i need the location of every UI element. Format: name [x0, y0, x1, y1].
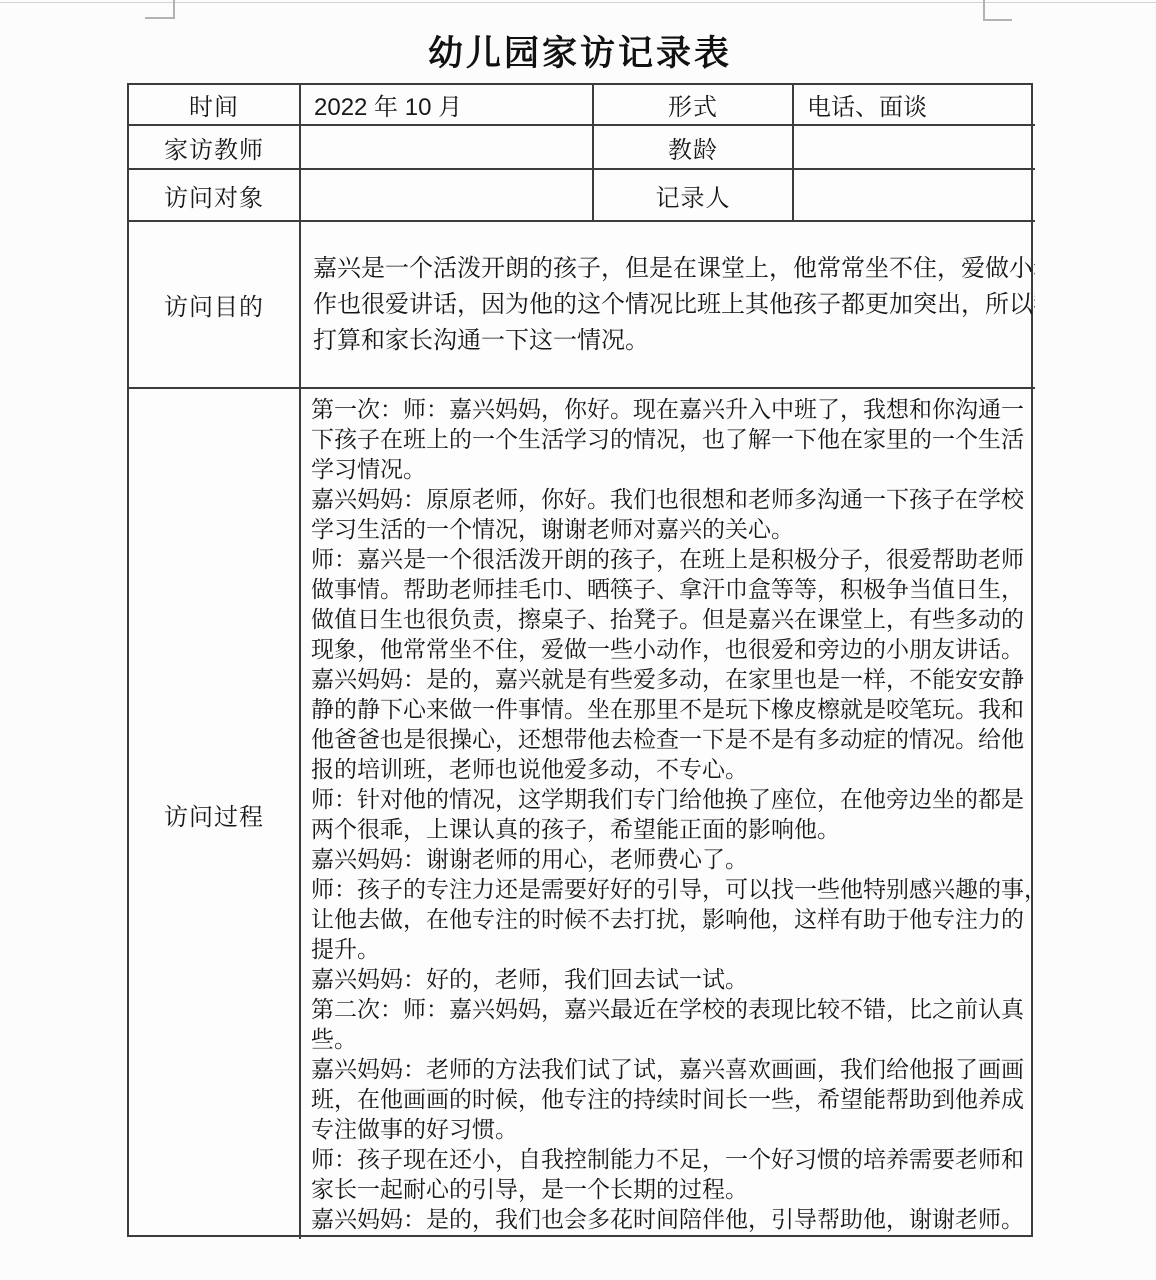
- text-line: 提升。: [311, 934, 1035, 964]
- field-label-recorder: 记录人: [594, 170, 794, 222]
- visit-purpose-text: 嘉兴是一个活泼开朗的孩子，但是在课堂上，他常常坐不住，爱做小动作也很爱讲话，因为…: [301, 222, 1035, 389]
- home-visit-record-table: 时间 2022 年 10 月 形式 电话、面谈 家访教师 教龄 访问对象 记录人…: [127, 83, 1033, 1237]
- text-boundary-corner-right-icon: [983, 0, 1012, 21]
- page-title: 幼儿园家访记录表: [127, 26, 1033, 76]
- text-line: 嘉兴是一个活泼开朗的孩子，但是在课堂上，他常常坐不住，爱做小动: [313, 251, 1029, 287]
- text-line: 作也很爱讲话，因为他的这个情况比班上其他孩子都更加突出，所以我: [313, 287, 1029, 323]
- text-line: 现象，他常常坐不住，爱做一些小动作，也很爱和旁边的小朋友讲话。: [311, 634, 1035, 664]
- field-label-visit-process: 访问过程: [129, 389, 301, 1239]
- text-line: 报的培训班，老师也说他爱多动，不专心。: [311, 754, 1035, 784]
- field-value-time: 2022 年 10 月: [301, 85, 594, 126]
- field-value-teaching-age: [794, 126, 1035, 170]
- text-line: 师：孩子的专注力还是需要好好的引导，可以找一些他特别感兴趣的事，: [311, 874, 1035, 904]
- text-line: 第二次：师：嘉兴妈妈，嘉兴最近在学校的表现比较不错，比之前认真: [311, 994, 1035, 1024]
- field-label-time: 时间: [129, 85, 301, 126]
- visit-process-text: 第一次：师：嘉兴妈妈，你好。现在嘉兴升入中班了，我想和你沟通一下孩子在班上的一个…: [301, 389, 1035, 1239]
- text-line: 静的静下心来做一件事情。坐在那里不是玩下橡皮檫就是咬笔玩。我和: [311, 694, 1035, 724]
- text-line: 他爸爸也是很操心，还想带他去检查一下是不是有多动症的情况。给他: [311, 724, 1035, 754]
- text-line: 师：针对他的情况，这学期我们专门给他换了座位，在他旁边坐的都是: [311, 784, 1035, 814]
- text-line: 嘉兴妈妈：谢谢老师的用心，老师费心了。: [311, 844, 1035, 874]
- text-line: 嘉兴妈妈：是的，嘉兴就是有些爱多动，在家里也是一样，不能安安静: [311, 664, 1035, 694]
- text-line: 师：嘉兴是一个很活泼开朗的孩子，在班上是积极分子，很爱帮助老师: [311, 544, 1035, 574]
- text-line: 学习生活的一个情况，谢谢老师对嘉兴的关心。: [311, 514, 1035, 544]
- text-line: 嘉兴妈妈：是的，我们也会多花时间陪伴他，引导帮助他，谢谢老师。: [311, 1204, 1035, 1234]
- field-label-visit-target: 访问对象: [129, 170, 301, 222]
- text-line: 打算和家长沟通一下这一情况。: [313, 323, 1029, 359]
- text-line: 下孩子在班上的一个生活学习的情况，也了解一下他在家里的一个生活: [311, 424, 1035, 454]
- field-label-visiting-teacher: 家访教师: [129, 126, 301, 170]
- text-line: 嘉兴妈妈：原原老师，你好。我们也很想和老师多沟通一下孩子在学校: [311, 484, 1035, 514]
- field-value-visit-target: [301, 170, 594, 222]
- text-line: 家长一起耐心的引导，是一个长期的过程。: [311, 1174, 1035, 1204]
- text-line: 师：孩子现在还小，自我控制能力不足，一个好习惯的培养需要老师和: [311, 1144, 1035, 1174]
- text-line: 嘉兴妈妈：老师的方法我们试了试，嘉兴喜欢画画，我们给他报了画画: [311, 1054, 1035, 1084]
- text-boundary-corner-left-icon: [145, 0, 175, 19]
- field-label-form: 形式: [594, 85, 794, 126]
- field-label-visit-purpose: 访问目的: [129, 222, 301, 389]
- text-line: 两个很乖，上课认真的孩子，希望能正面的影响他。: [311, 814, 1035, 844]
- field-value-visiting-teacher: [301, 126, 594, 170]
- text-line: 做值日生也很负责，擦桌子、抬凳子。但是嘉兴在课堂上，有些多动的: [311, 604, 1035, 634]
- text-line: 做事情。帮助老师挂毛巾、晒筷子、拿汗巾盒等等，积极争当值日生，: [311, 574, 1035, 604]
- field-value-recorder: [794, 170, 1035, 222]
- text-line: 嘉兴妈妈：好的，老师，我们回去试一试。: [311, 964, 1035, 994]
- field-label-teaching-age: 教龄: [594, 126, 794, 170]
- text-line: 班，在他画画的时候，他专注的持续时间长一些，希望能帮助到他养成: [311, 1084, 1035, 1114]
- text-line: 学习情况。: [311, 454, 1035, 484]
- text-line: 些。: [311, 1024, 1035, 1054]
- text-line: 第一次：师：嘉兴妈妈，你好。现在嘉兴升入中班了，我想和你沟通一: [311, 394, 1035, 424]
- field-value-form: 电话、面谈: [794, 85, 1035, 126]
- text-line: 让他去做，在他专注的时候不去打扰，影响他，这样有助于他专注力的: [311, 904, 1035, 934]
- text-line: 专注做事的好习惯。: [311, 1114, 1035, 1144]
- scanned-document-page: 幼儿园家访记录表 时间 2022 年 10 月 形式 电话、面谈 家访教师 教龄…: [0, 0, 1156, 1280]
